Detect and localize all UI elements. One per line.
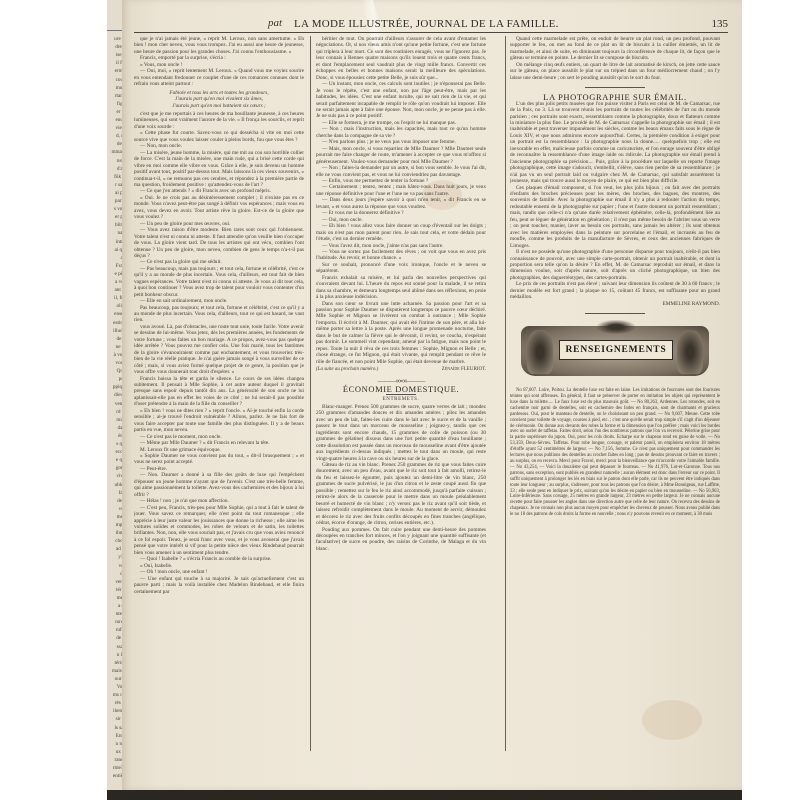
paragraph: — La misère, jeune homme, la misère, qui…: [134, 150, 304, 189]
paragraph: — Oui, moi, » reprit lentement M. Leroux…: [134, 68, 304, 87]
paragraph: L'un des plus jolis petits musées que l'…: [510, 101, 720, 185]
paragraph: — Certainement ; tentez, tentez ; mais h…: [316, 184, 486, 197]
paragraph: Dans son cœur se livrait une lutte achar…: [316, 301, 486, 366]
paragraph: — Non ; mais l'instruction, mais les cap…: [316, 126, 486, 139]
column-divider: [505, 36, 506, 751]
paragraph: — Dans deux jours j'espère savoir à quoi…: [316, 197, 486, 210]
eagle-ornament-icon: [597, 320, 635, 334]
paragraph: — Une enfant qui touche à sa majorité. J…: [134, 576, 304, 595]
page-number: 135: [712, 18, 729, 30]
paragraph: Blanc-manger. Prenez 500 grammes de sucr…: [316, 404, 486, 462]
figure-left-illustration: [527, 330, 553, 374]
renseignements-title: RENSEIGNEMENTS: [559, 340, 673, 360]
paragraph: vous avoué. Là, pas d'obstacles, une rou…: [134, 324, 304, 376]
paragraph: — Mais, mon oncle, si vous repartiez de …: [316, 146, 486, 165]
paragraph: « Sophie Daumer ne vous convient pas du …: [134, 453, 304, 466]
paragraph: — Vous ne sortez pas facilement des rêve…: [316, 249, 486, 262]
paragraph: Il n'est ne possède qu'une photographie …: [510, 249, 720, 281]
section-title-economie: ÉCONOMIE DOMESTIQUE.: [316, 386, 486, 392]
column-3: Quand cette marmelade est prête, on endu…: [510, 36, 720, 748]
title-rule: [386, 394, 416, 395]
renseignements-text: No 87,007. Loire, Poitou. La dentelle lu…: [510, 388, 720, 518]
paragraph: « Eh bien ! vous ne dites rien ? » repri…: [134, 408, 304, 434]
paragraph: Quand cette marmelade est prête, on endu…: [510, 36, 720, 62]
column-1: que je n'ai jamais été jeune, » reprit M…: [134, 36, 304, 748]
paragraph: Gâteau de riz au vin blanc. Prenez 250 g…: [316, 462, 486, 527]
column-2-body: héritier de tout. On pourrait d'ailleurs…: [316, 36, 486, 365]
recipes: Blanc-manger. Prenez 500 grammes de sucr…: [316, 404, 486, 552]
paragraph: — C'est peu, Francis, très-peu pour Mlle…: [134, 505, 304, 557]
renseignements-vignette: RENSEIGNEMENTS: [517, 320, 713, 382]
paragraph: Ces plaques d'émail composent, si l'on v…: [510, 185, 720, 250]
newspaper-page: pat LA MODE ILLUSTRÉE, JOURNAL DE LA FAM…: [122, 0, 742, 790]
paragraph: — Non. Daumer a donné à sa fille des goû…: [134, 472, 304, 498]
photographie-article: L'un des plus jolis petits musées que l'…: [510, 101, 720, 301]
paragraph: héritier de tout. On pourrait d'ailleurs…: [316, 36, 486, 81]
scan-bottom-edge: [107, 790, 742, 800]
paragraph: Sur ce souhait, prononcé d'une voix iron…: [316, 262, 486, 275]
paragraph: que je n'ai jamais été jeune, » reprit M…: [134, 36, 304, 55]
page-header: pat LA MODE ILLUSTRÉE, JOURNAL DE LA FAM…: [134, 14, 728, 33]
paragraph: On mélange cinq œufs entiers, un quart d…: [510, 62, 720, 81]
paragraph: — Eh bien ! vous allez vous faire donner…: [316, 223, 486, 242]
paragraph: « Cette phase fut courte. Savez-vous ce …: [134, 130, 304, 143]
column-divider: [310, 36, 311, 751]
section-rule: [585, 87, 645, 88]
paragraph: — Pas beaucoup, mais pas toujours ; et t…: [134, 266, 304, 298]
paragraph: Francis baissa la tête et garda le silen…: [134, 376, 304, 408]
section-rule: [585, 313, 645, 314]
column-2: héritier de tout. On pourrait d'ailleurs…: [316, 36, 486, 748]
column-1-body: c'est que je me reportais à ces heures d…: [134, 111, 304, 595]
handwritten-mark: pat: [268, 17, 282, 29]
figure-right-illustration: [677, 330, 703, 374]
paragraph: « Oui. Je ne crois pas au désintéresseme…: [134, 195, 304, 221]
verse-quote: Fabiole et tous les arts et toutes les g…: [134, 90, 304, 109]
author-signature: EMMELINE RAYMOND.: [510, 301, 720, 307]
paragraph: Pouding aux pommes. On fait cuire pendan…: [316, 527, 486, 553]
paragraph: Le prix de ces portraits n'est pas élevé…: [510, 281, 720, 300]
to-be-continued-note: (La suite au prochain numéro.) Zénaïde F…: [316, 367, 486, 373]
paragraph: — Non ; faites-la demander par un autre,…: [316, 165, 486, 178]
paragraph: — Vous avez raison d'être modeste. Bien …: [134, 227, 304, 259]
journal-title: LA MODE ILLUSTRÉE, JOURNAL DE LA FAMILLE…: [294, 18, 559, 30]
verse-line: J'aurais part qu'en moi battaient six cœ…: [134, 103, 304, 109]
paragraph: Pas beaucoup, pas toujours; et tout cela…: [134, 305, 304, 324]
paragraph: Francis exhalait sa misère, et lui parla…: [316, 275, 486, 301]
author-signature: Zénaïde FLEURIOT.: [442, 367, 486, 373]
paragraph: — Un instant, mon oncle, ces calculs son…: [316, 81, 486, 120]
paragraph: c'est que je me reportais à ces heures d…: [134, 111, 304, 130]
